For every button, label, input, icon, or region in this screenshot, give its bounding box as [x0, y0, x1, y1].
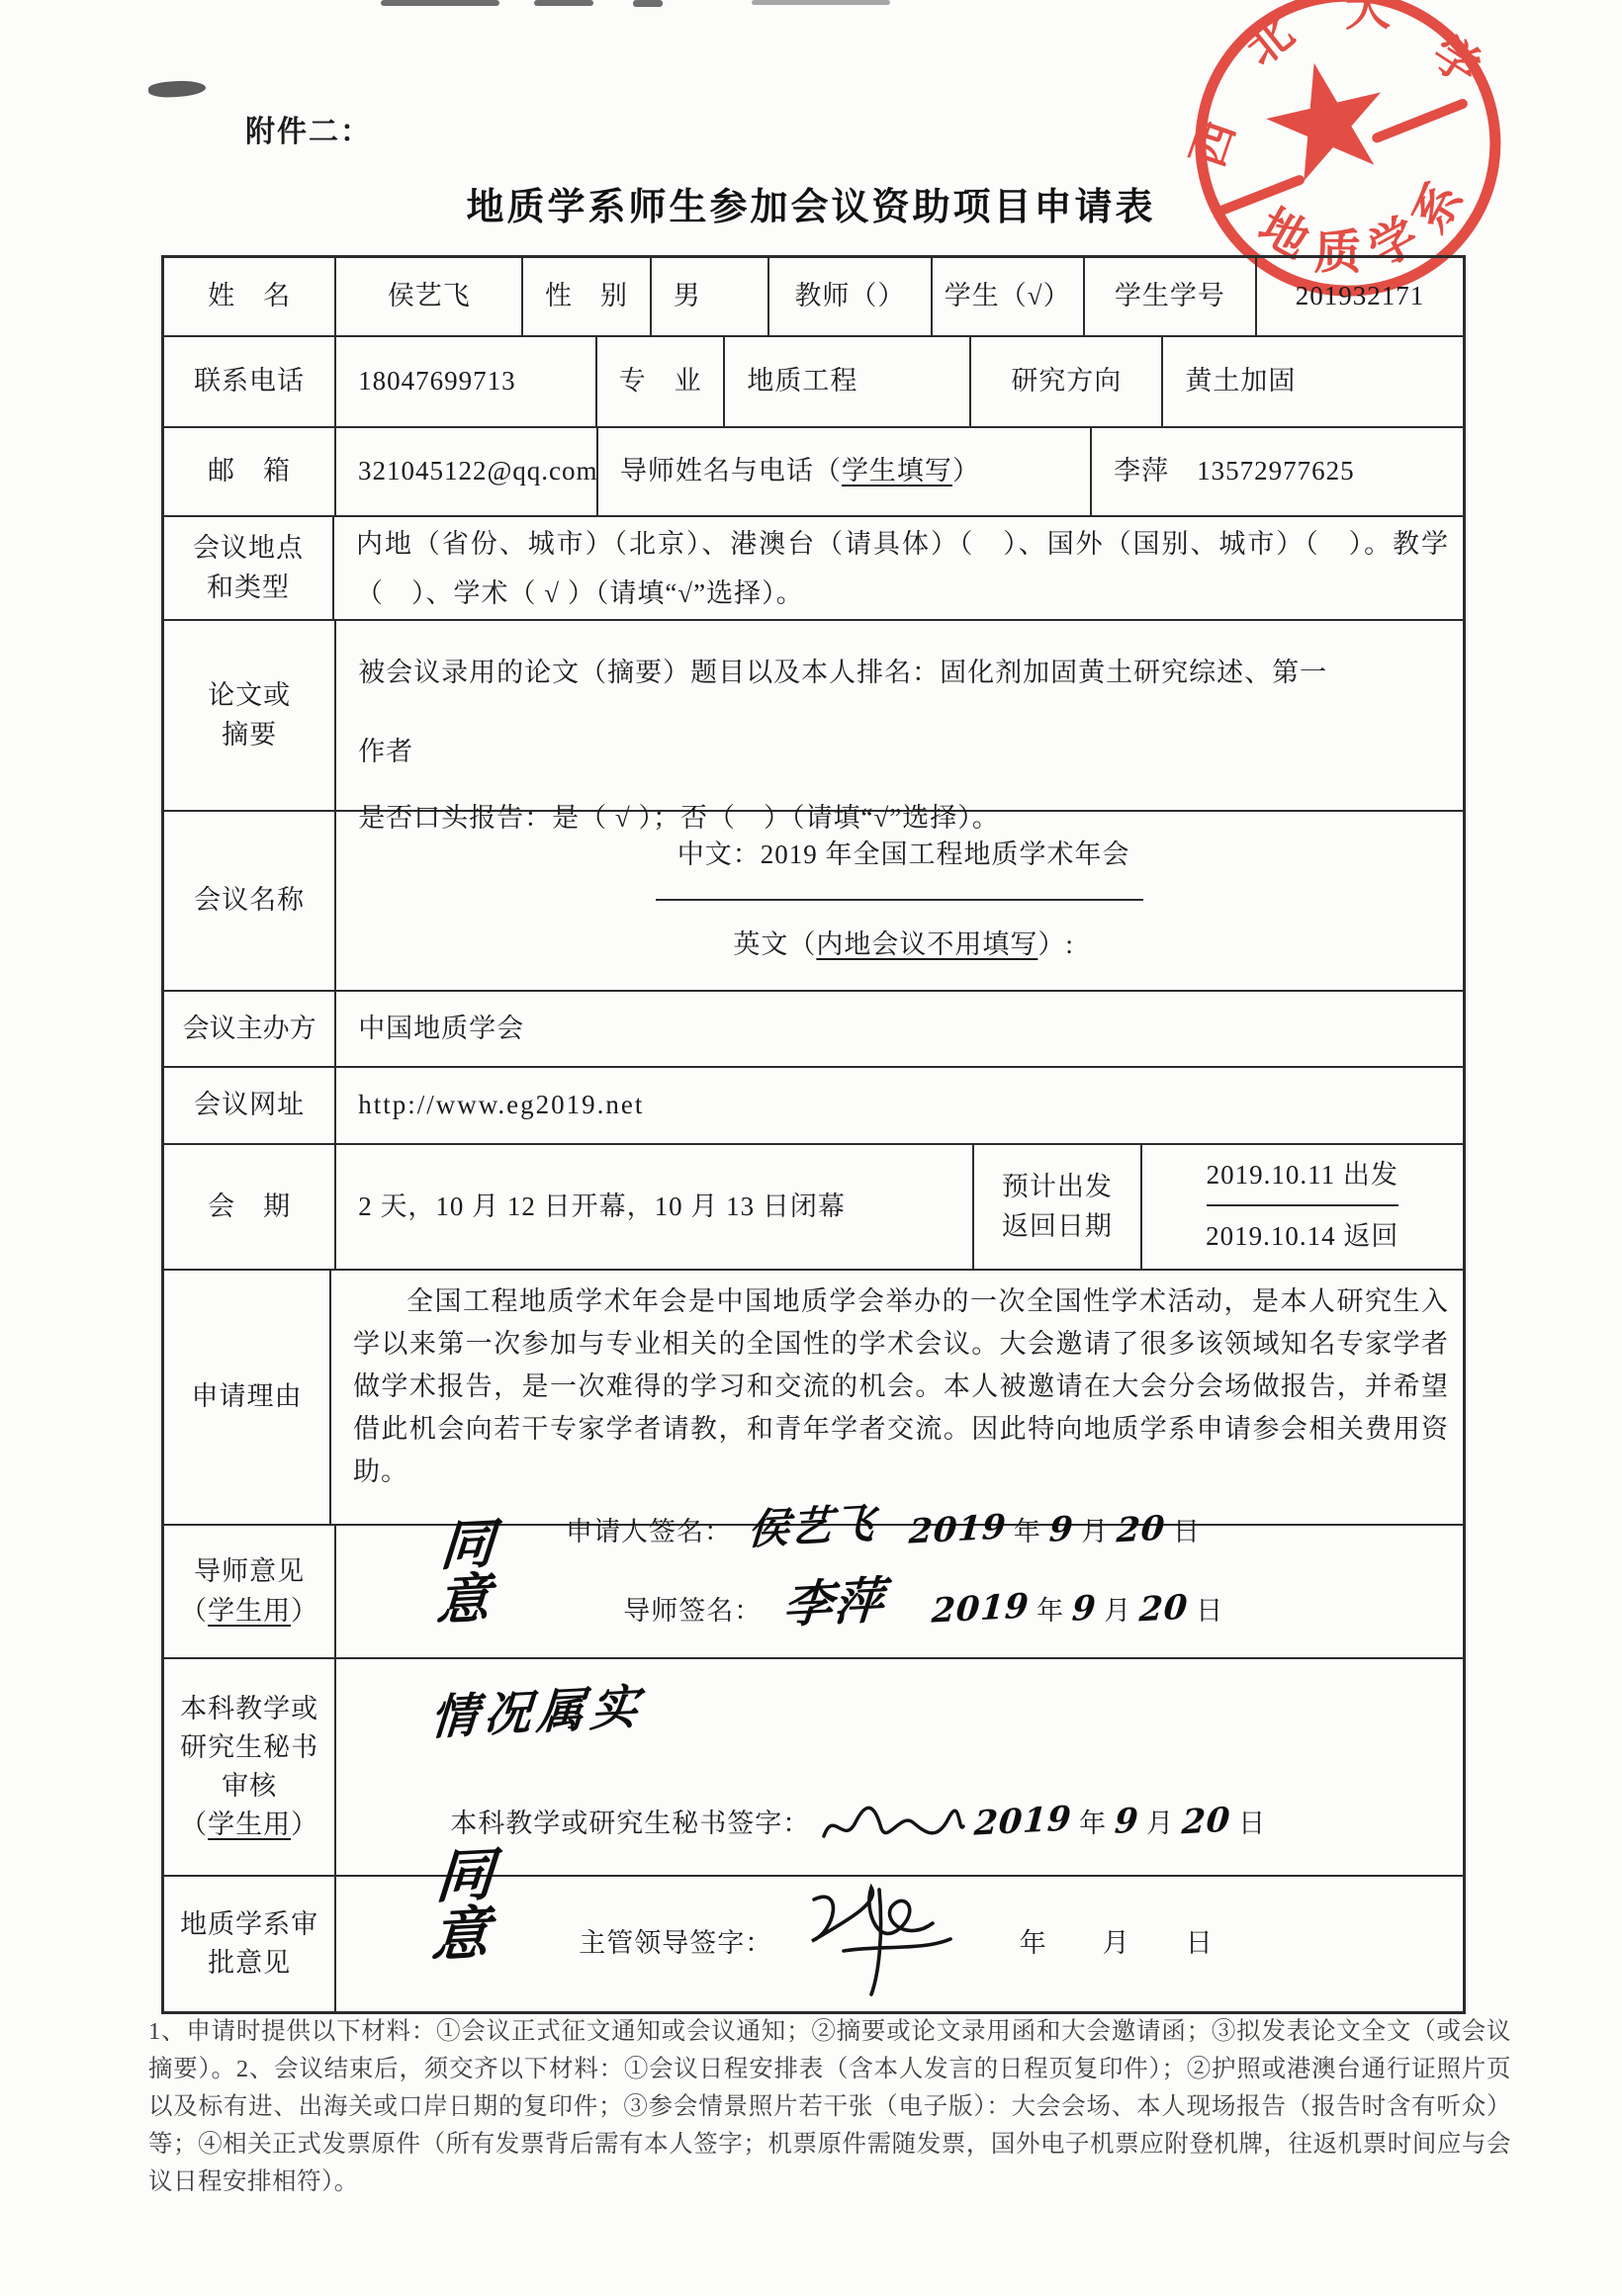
row-secretary-review: 本科教学或 研究生秘书 审核 （学生用） 情况属实 本科教学或研究生秘书签字： …	[164, 1659, 1463, 1877]
depart-return-dates: 2019.10.11 出发 2019.10.14 返回	[1142, 1145, 1463, 1269]
advisor-sign-line: 导师签名： 李萍 2019 年 9 月 20 日	[623, 1567, 1223, 1639]
conference-name-en: 英文（内地会议不用填写）:	[711, 901, 1088, 990]
row-contact: 联系电话 18047699713 专 业 地质工程 研究方向 黄土加固	[164, 337, 1463, 428]
scanned-form-page: 附件二： 地质学系师生参加会议资助项目申请表 西 北 大 学 地质学系 姓 名 …	[0, 0, 1622, 2296]
teacher-option: 教师（）	[769, 258, 932, 335]
conference-en-suffix: ）:	[1037, 929, 1074, 959]
leader-date-blank: 年 月 日	[1020, 1928, 1214, 1958]
row-advisor-opinion: 导师意见 （学生用） 同意 导师签名： 李萍 2019 年 9 月 20 日	[164, 1526, 1463, 1659]
reason-label: 申请理由	[164, 1271, 331, 1524]
advisor-label-prefix: 导师姓名与电话（	[620, 456, 842, 486]
row-conference-name: 会议名称 中文：2019 年全国工程地质学术年会 英文（内地会议不用填写）:	[164, 812, 1463, 992]
gender-value: 男	[652, 258, 770, 335]
seal-top-char-3: 大	[1344, 0, 1391, 36]
depart-date: 2019.10.11 出发	[1207, 1146, 1398, 1206]
row-department-approval: 地质学系审 批意见 同意 主管领导签字： 年 月 日	[164, 1877, 1463, 2011]
scan-artifact-top2	[534, 0, 593, 6]
major-value: 地质工程	[725, 337, 971, 426]
conference-name-content: 中文：2019 年全国工程地质学术年会 英文（内地会议不用填写）:	[336, 812, 1463, 990]
secretary-signature-scribble	[818, 1801, 966, 1852]
secretary-sign-label: 本科教学或研究生秘书签字：	[450, 1809, 810, 1838]
scan-artifact-top	[381, 0, 499, 6]
secretary-review-label: 本科教学或 研究生秘书 审核 （学生用）	[164, 1659, 336, 1875]
direction-label: 研究方向	[971, 337, 1163, 426]
footer-notes: 1、申请时提供以下材料：①会议正式征文通知或会议通知；②摘要或论文录用函和大会邀…	[148, 2013, 1511, 2201]
advisor-signature: 李萍	[780, 1564, 886, 1641]
phone-label: 联系电话	[164, 337, 336, 426]
scan-artifact-top4	[752, 0, 890, 5]
depart-return-label: 预计出发 返回日期	[974, 1145, 1141, 1269]
seal-top-char-1: 西	[1182, 114, 1244, 173]
website-label: 会议网址	[164, 1068, 336, 1143]
application-form-table: 姓 名 侯艺飞 性 别 男 教师（） 学生（√） 学生学号 201932171 …	[161, 255, 1466, 2014]
row-organizer: 会议主办方 中国地质学会	[164, 992, 1463, 1068]
advisor-opinion-handwriting: 同意	[431, 1516, 500, 1629]
paper-content: 被会议录用的论文（摘要）题目以及本人排名：固化剂加固黄土研究综述、第一作者 是否…	[336, 621, 1463, 810]
major-label: 专 业	[597, 337, 725, 426]
location-type-label: 会议地点 和类型	[164, 517, 334, 619]
secretary-opinion-handwriting: 情况属实	[428, 1673, 647, 1753]
row-website: 会议网址 http://www.eg2019.net	[164, 1068, 1463, 1145]
student-id-value: 201932171	[1257, 258, 1463, 335]
conference-name-label: 会议名称	[164, 812, 336, 990]
leader-sign-line: 主管领导签字： 年 月 日	[579, 1924, 1214, 1963]
leader-sign-label: 主管领导签字：	[579, 1928, 772, 1958]
star-icon	[1256, 49, 1397, 186]
location-type-content: 内地（省份、城市）（北京）、港澳台（请具体）（ ）、国外（国别、城市）（ ）。教…	[334, 517, 1463, 619]
seal-dash-right	[1374, 104, 1466, 137]
reason-content: 全国工程地质学术年会是中国地质学会举办的一次全国性学术活动，是本人研究生入学以来…	[331, 1271, 1463, 1524]
page-title: 地质学系师生参加会议资助项目申请表	[0, 176, 1622, 230]
scan-artifact-top3	[633, 0, 663, 7]
phone-value: 18047699713	[336, 337, 597, 426]
name-label: 姓 名	[164, 258, 336, 335]
row-name: 姓 名 侯艺飞 性 别 男 教师（） 学生（√） 学生学号 201932171	[164, 258, 1463, 337]
advisor-name-phone-label: 导师姓名与电话（学生填写）	[598, 428, 1092, 515]
reason-paragraph: 全国工程地质学术年会是中国地质学会举办的一次全国性学术活动，是本人研究生入学以来…	[353, 1280, 1449, 1493]
attachment-label: 附件二：	[245, 107, 372, 150]
website-value: http://www.eg2019.net	[336, 1068, 1463, 1143]
conference-en-prefix: 英文（	[733, 929, 816, 959]
conference-en-underlined: 内地会议不用填写	[816, 929, 1037, 959]
email-label: 邮 箱	[164, 428, 336, 515]
scan-artifact-left	[148, 79, 207, 99]
direction-value: 黄土加固	[1163, 337, 1463, 426]
name-value: 侯艺飞	[336, 258, 523, 335]
gender-label: 性 别	[523, 258, 651, 335]
advisor-label-underlined: 学生填写	[842, 456, 952, 486]
department-approval-content: 同意 主管领导签字： 年 月 日	[336, 1877, 1463, 2011]
student-id-label: 学生学号	[1085, 258, 1257, 335]
secretary-sign-line: 本科教学或研究生秘书签字： 2019 年 9 月 20 日	[450, 1798, 1266, 1852]
department-opinion-handwriting: 同意	[426, 1845, 500, 1966]
conference-name-cn: 中文：2019 年全国工程地质学术年会	[656, 812, 1144, 901]
row-schedule: 会 期 2 天，10 月 12 日开幕，10 月 13 日闭幕 预计出发 返回日…	[164, 1145, 1463, 1271]
schedule-label: 会 期	[164, 1145, 336, 1269]
advisor-sign-label: 导师签名：	[623, 1596, 762, 1626]
paper-line1: 被会议录用的论文（摘要）题目以及本人排名：固化剂加固黄土研究综述、第一作者	[358, 633, 1347, 791]
paper-label: 论文或 摘要	[164, 621, 336, 810]
organizer-label: 会议主办方	[164, 992, 336, 1066]
seal-top-char-2: 北	[1235, 7, 1303, 75]
email-value: 321045122@qq.com	[336, 428, 598, 515]
row-paper: 论文或 摘要 被会议录用的论文（摘要）题目以及本人排名：固化剂加固黄土研究综述、…	[164, 621, 1463, 812]
advisor-opinion-label: 导师意见 （学生用）	[164, 1526, 336, 1657]
row-location-type: 会议地点 和类型 内地（省份、城市）（北京）、港澳台（请具体）（ ）、国外（国别…	[164, 517, 1463, 621]
advisor-opinion-content: 同意 导师签名： 李萍 2019 年 9 月 20 日	[336, 1526, 1463, 1657]
schedule-value: 2 天，10 月 12 日开幕，10 月 13 日闭幕	[336, 1145, 974, 1269]
row-reason: 申请理由 全国工程地质学术年会是中国地质学会举办的一次全国性学术活动，是本人研究…	[164, 1271, 1463, 1526]
row-email-advisor: 邮 箱 321045122@qq.com 导师姓名与电话（学生填写） 李萍 13…	[164, 428, 1463, 517]
organizer-value: 中国地质学会	[336, 992, 1463, 1066]
student-option: 学生（√）	[933, 258, 1085, 335]
seal-top-char-4: 学	[1423, 27, 1488, 94]
return-date: 2019.10.14 返回	[1206, 1206, 1398, 1268]
department-approval-label: 地质学系审 批意见	[164, 1877, 336, 2011]
advisor-value: 李萍 13572977625	[1092, 428, 1463, 515]
secretary-review-content: 情况属实 本科教学或研究生秘书签字： 2019 年 9 月 20 日	[336, 1659, 1463, 1875]
leader-signature-scribble	[784, 1882, 982, 2000]
advisor-label-suffix: ）	[952, 456, 980, 486]
